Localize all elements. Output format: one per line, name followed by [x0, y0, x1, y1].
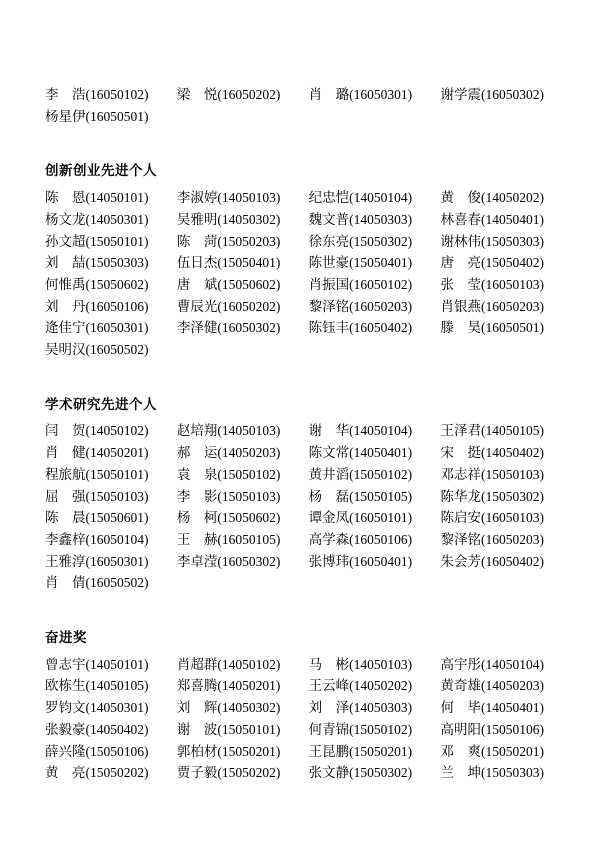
award-section: 李 浩(16050102)梁 悦(16050202)肖 璐(16050301)谢… — [45, 84, 544, 127]
winner-entry: 黄 亮(15050202) — [45, 762, 149, 784]
winner-entry: 郑喜腾(14050201) — [177, 675, 281, 697]
winner-entry: 宋 挺(14050402) — [440, 442, 544, 464]
winner-entry: 何惟禹(15050602) — [45, 274, 149, 296]
winner-entry: 黎泽铭(16050203) — [440, 529, 544, 551]
winner-entry: 闫 贺(14050102) — [45, 420, 149, 442]
document-body: 李 浩(16050102)梁 悦(16050202)肖 璐(16050301)谢… — [45, 84, 544, 784]
winner-entry: 张毅豪(14050402) — [45, 719, 149, 741]
winner-entry: 何青锦(15050102) — [309, 719, 413, 741]
winner-entry: 张博玮(16050401) — [309, 551, 413, 573]
winner-entry: 刘 泽(14050303) — [309, 697, 413, 719]
winner-entry: 袁 泉(15050102) — [177, 464, 281, 486]
winner-row: 孙文超(15050101)陈 菏(15050203)徐东亮(15050302)谢… — [45, 231, 544, 253]
winner-entry: 陈 晨(15050601) — [45, 507, 149, 529]
winner-row: 杨星伊(16050501) — [45, 106, 544, 128]
winner-entry: 肖超群(14050102) — [177, 654, 281, 676]
winner-entry: 黄奇雄(14050203) — [440, 675, 544, 697]
winner-entry: 谭金凤(16050101) — [309, 507, 413, 529]
winner-entry: 谢 波(15050101) — [177, 719, 281, 741]
winner-entry: 黎泽铭(16050203) — [309, 296, 413, 318]
winner-entry: 黄井滔(15050102) — [309, 464, 413, 486]
award-section: 学术研究先进个人闫 贺(14050102)赵培翔(14050103)谢 华(14… — [45, 394, 544, 594]
winner-entry: 兰 坤(15050303) — [440, 762, 544, 784]
winner-entry: 薛兴隆(15050106) — [45, 741, 149, 763]
winner-entry: 马 彬(14050103) — [309, 654, 413, 676]
winner-entry: 李泽健(16050302) — [177, 317, 281, 339]
winner-row: 曾志宇(14050101)肖超群(14050102)马 彬(14050103)高… — [45, 654, 544, 676]
winner-entry: 李 影(15050103) — [177, 486, 281, 508]
winner-entry: 刘 丹(16050106) — [45, 296, 149, 318]
winner-entry: 曾志宇(14050101) — [45, 654, 149, 676]
winner-row: 薛兴隆(15050106)郭柏材(15050201)王昆鹏(15050201)邓… — [45, 741, 544, 763]
winner-entry: 肖银燕(16050203) — [440, 296, 544, 318]
winner-entry: 孙文超(15050101) — [45, 231, 149, 253]
winner-entry: 刘 辉(14050302) — [177, 697, 281, 719]
winner-entry: 郝 运(14050203) — [177, 442, 281, 464]
winner-entry: 曹辰光(16050202) — [177, 296, 281, 318]
winner-entry: 王雅淳(16050301) — [45, 551, 149, 573]
winner-entry: 陈 恩(14050101) — [45, 187, 149, 209]
winner-entry: 梁 悦(16050202) — [177, 84, 281, 106]
winner-row: 程旅航(15050101)袁 泉(15050102)黄井滔(15050102)邓… — [45, 464, 544, 486]
winner-entry: 谢 华(14050104) — [309, 420, 413, 442]
winner-entry: 李卓滢(16050302) — [177, 551, 281, 573]
winner-row: 黄 亮(15050202)贾子毅(15050202)张文静(15050302)兰… — [45, 762, 544, 784]
winner-row: 刘 喆(15050303)伍日杰(15050401)陈世豪(15050401)唐… — [45, 252, 544, 274]
winner-row: 欧栋生(14050105)郑喜腾(14050201)王云峰(14050202)黄… — [45, 675, 544, 697]
winner-entry: 唐 亮(15050402) — [440, 252, 544, 274]
winner-entry: 高明阳(15050106) — [440, 719, 544, 741]
winner-entry: 肖 倩(16050502) — [45, 572, 149, 594]
winner-row: 陈 晨(15050601)杨 柯(15050602)谭金凤(16050101)陈… — [45, 507, 544, 529]
winner-row: 逄佳宁(16050301)李泽健(16050302)陈钰丰(16050402)滕… — [45, 317, 544, 339]
winner-entry: 邓志祥(15050103) — [440, 464, 544, 486]
winner-row: 吴明汉(16050502) — [45, 339, 544, 361]
winner-entry: 王泽君(14050105) — [440, 420, 544, 442]
winner-entry: 陈华龙(15050302) — [440, 486, 544, 508]
section-title: 学术研究先进个人 — [45, 394, 544, 416]
winner-entry: 郭柏材(15050201) — [177, 741, 281, 763]
award-section: 奋进奖曾志宇(14050101)肖超群(14050102)马 彬(1405010… — [45, 627, 544, 784]
winner-row: 屈 强(15050103)李 影(15050103)杨 磊(15050105)陈… — [45, 486, 544, 508]
winner-row: 肖 倩(16050502) — [45, 572, 544, 594]
winner-row: 肖 健(14050201)郝 运(14050203)陈文常(14050401)宋… — [45, 442, 544, 464]
winner-entry: 杨文龙(14050301) — [45, 209, 149, 231]
winner-entry: 肖振国(16050102) — [309, 274, 413, 296]
winner-entry: 李淑婷(14050103) — [177, 187, 281, 209]
winner-entry: 徐东亮(15050302) — [309, 231, 413, 253]
winner-row: 李 浩(16050102)梁 悦(16050202)肖 璐(16050301)谢… — [45, 84, 544, 106]
winner-entry: 陈世豪(15050401) — [309, 252, 413, 274]
winner-entry: 王 赫(16050105) — [177, 529, 281, 551]
winner-row: 何惟禹(15050602)唐 斌(15050602)肖振国(16050102)张… — [45, 274, 544, 296]
winner-entry: 高宇彤(14050104) — [440, 654, 544, 676]
winner-entry: 林喜春(14050401) — [440, 209, 544, 231]
winner-entry: 黄 俊(14050202) — [440, 187, 544, 209]
winner-entry: 王昆鹏(15050201) — [309, 741, 413, 763]
section-title: 奋进奖 — [45, 627, 544, 649]
winner-entry: 吴雅明(14050302) — [177, 209, 281, 231]
winner-entry: 肖 健(14050201) — [45, 442, 149, 464]
winner-entry: 屈 强(15050103) — [45, 486, 149, 508]
winner-entry: 陈启安(16050103) — [440, 507, 544, 529]
winner-entry: 王云峰(14050202) — [309, 675, 413, 697]
winner-entry: 何 毕(14050401) — [440, 697, 544, 719]
winner-row: 王雅淳(16050301)李卓滢(16050302)张博玮(16050401)朱… — [45, 551, 544, 573]
winner-entry: 邓 爽(15050201) — [440, 741, 544, 763]
winner-row: 杨文龙(14050301)吴雅明(14050302)魏文普(14050303)林… — [45, 209, 544, 231]
section-title: 创新创业先进个人 — [45, 160, 544, 182]
winner-row: 罗钧文(14050301)刘 辉(14050302)刘 泽(14050303)何… — [45, 697, 544, 719]
winner-entry: 程旅航(15050101) — [45, 464, 149, 486]
winner-entry: 赵培翔(14050103) — [177, 420, 281, 442]
winner-entry: 陈钰丰(16050402) — [309, 317, 413, 339]
winner-entry: 魏文普(14050303) — [309, 209, 413, 231]
winner-entry: 高学森(16050106) — [309, 529, 413, 551]
winner-entry: 张 莹(16050103) — [440, 274, 544, 296]
winner-entry: 杨星伊(16050501) — [45, 106, 149, 128]
document-page: 李 浩(16050102)梁 悦(16050202)肖 璐(16050301)谢… — [0, 0, 600, 848]
winner-entry: 欧栋生(14050105) — [45, 675, 149, 697]
winner-entry: 陈 菏(15050203) — [177, 231, 281, 253]
winner-entry: 朱会芳(16050402) — [440, 551, 544, 573]
winner-row: 陈 恩(14050101)李淑婷(14050103)纪忠恺(14050104)黄… — [45, 187, 544, 209]
winner-row: 闫 贺(14050102)赵培翔(14050103)谢 华(14050104)王… — [45, 420, 544, 442]
winner-row: 李鑫梓(16050104)王 赫(16050105)高学森(16050106)黎… — [45, 529, 544, 551]
winner-entry: 贾子毅(15050202) — [177, 762, 281, 784]
winner-row: 刘 丹(16050106)曹辰光(16050202)黎泽铭(16050203)肖… — [45, 296, 544, 318]
winner-entry: 纪忠恺(14050104) — [309, 187, 413, 209]
winner-entry: 逄佳宁(16050301) — [45, 317, 149, 339]
winner-entry: 谢学震(16050302) — [440, 84, 544, 106]
winner-entry: 杨 磊(15050105) — [309, 486, 413, 508]
winner-entry: 罗钧文(14050301) — [45, 697, 149, 719]
winner-entry: 杨 柯(15050602) — [177, 507, 281, 529]
winner-row: 张毅豪(14050402)谢 波(15050101)何青锦(15050102)高… — [45, 719, 544, 741]
winner-entry: 陈文常(14050401) — [309, 442, 413, 464]
winner-entry: 唐 斌(15050602) — [177, 274, 281, 296]
winner-entry: 刘 喆(15050303) — [45, 252, 149, 274]
award-section: 创新创业先进个人陈 恩(14050101)李淑婷(14050103)纪忠恺(14… — [45, 160, 544, 360]
winner-entry: 李 浩(16050102) — [45, 84, 149, 106]
winner-entry: 伍日杰(15050401) — [177, 252, 281, 274]
winner-entry: 谢林伟(15050303) — [440, 231, 544, 253]
winner-entry: 吴明汉(16050502) — [45, 339, 149, 361]
winner-entry: 滕 昊(16050501) — [440, 317, 544, 339]
winner-entry: 张文静(15050302) — [309, 762, 413, 784]
winner-entry: 李鑫梓(16050104) — [45, 529, 149, 551]
winner-entry: 肖 璐(16050301) — [309, 84, 413, 106]
